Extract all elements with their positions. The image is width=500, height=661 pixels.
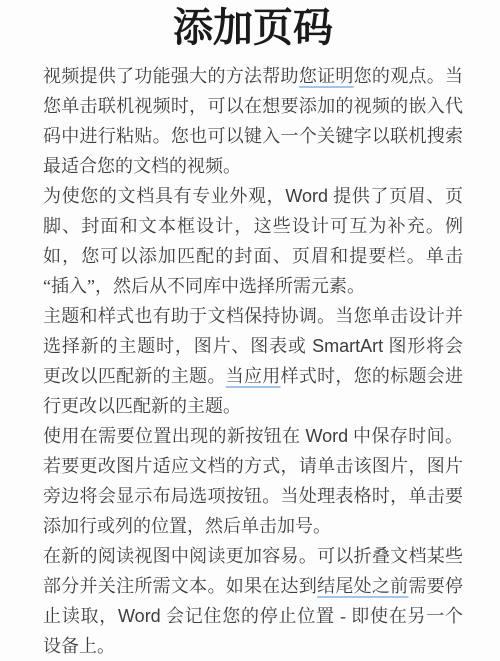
proofing-underline: 您证明 xyxy=(299,66,354,86)
document-page: 添加页码 视频提供了功能强大的方法帮助您证明您的观点。当您单击联机视频时，可以在… xyxy=(0,0,500,661)
document-body: 视频提供了功能强大的方法帮助您证明您的观点。当您单击联机视频时，可以在想要添加的… xyxy=(43,61,463,661)
paragraph-professional-look: 为使您的文档具有专业外观，Word 提供了页眉、页脚、封面和文本框设计，这些设计… xyxy=(43,181,463,301)
page-title: 添加页码 xyxy=(43,4,463,52)
paragraph-save-time: 使用在需要位置出现的新按钮在 Word 中保存时间。若要更改图片适应文档的方式，… xyxy=(43,421,463,541)
paragraph-themes-styles: 主题和样式也有助于文档保持协调。当您单击设计并选择新的主题时，图片、图表或 Sm… xyxy=(43,301,463,421)
proofing-underline: 当应用 xyxy=(226,366,281,386)
proofing-underline: 结尾处之前 xyxy=(317,576,408,596)
paragraph-read-view: 在新的阅读视图中阅读更加容易。可以折叠文档某些部分并关注所需文本。如果在达到结尾… xyxy=(43,541,463,661)
paragraph-video: 视频提供了功能强大的方法帮助您证明您的观点。当您单击联机视频时，可以在想要添加的… xyxy=(43,61,463,181)
